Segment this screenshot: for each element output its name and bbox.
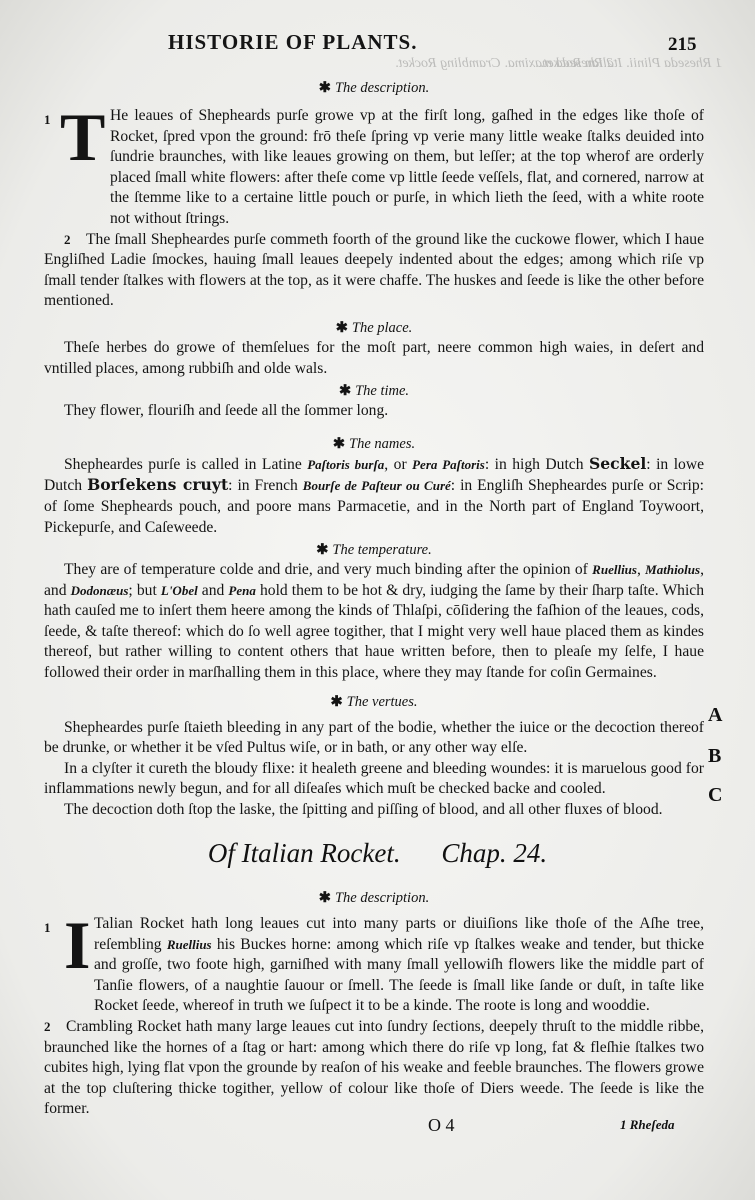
running-title: HISTORIE OF PLANTS. — [168, 30, 417, 55]
chapter-number: Chap. 24. — [441, 838, 547, 868]
asterisk-icon: ✱ — [339, 383, 351, 399]
drop-cap: I — [64, 912, 90, 978]
description-paragraph-1: 1 T He leaues of Shepheards purſe growe … — [44, 106, 704, 230]
vertues-paragraph-c: The decoction doth ſtop the laske, the ſ… — [44, 800, 704, 821]
paragraph-number: 2 — [64, 230, 86, 251]
section-heading-names: ✱The names. — [44, 434, 704, 454]
asterisk-icon: ✱ — [330, 694, 342, 710]
vertues-paragraph-a: Shepheardes purſe ſtaieth bleeding in an… — [44, 718, 704, 759]
chapter-title: Of Italian Rocket. — [208, 838, 401, 868]
signature-mark: O 4 — [428, 1115, 455, 1136]
vertues-paragraph-b: In a clyſter it cureth the bloudy flixe:… — [44, 759, 704, 800]
asterisk-icon: ✱ — [333, 436, 345, 452]
marginal-letter-c: C — [708, 784, 722, 807]
section-heading-time: ✱The time. — [44, 381, 704, 401]
description-paragraph-2: 2Crambling Rocket hath many large leaues… — [44, 1017, 704, 1120]
asterisk-icon: ✱ — [319, 890, 331, 906]
section-shepheards-purse: ✱The description. 1 T He leaues of Sheph… — [44, 76, 704, 821]
catchword: 1 Rheſeda — [620, 1117, 675, 1133]
temperature-paragraph: They are of temperature colde and drie, … — [44, 560, 704, 684]
paragraph-number: 1 — [44, 110, 51, 131]
paragraph-number: 2 — [44, 1017, 66, 1038]
chapter-heading: Of Italian Rocket. Chap. 24. — [0, 838, 755, 869]
place-paragraph: Theſe herbes do growe of themſelues for … — [44, 338, 704, 379]
section-heading-temperature: ✱The temperature. — [44, 540, 704, 560]
asterisk-icon: ✱ — [319, 80, 331, 96]
section-heading-description: ✱The description. — [44, 888, 704, 908]
description-paragraph-2: 2The ſmall Shepheardes purſe commeth foo… — [44, 230, 704, 312]
section-heading-vertues: ✱The vertues. — [44, 692, 704, 712]
description-paragraph-1: 1 I Talian Rocket hath long leaues cut i… — [44, 914, 704, 1017]
asterisk-icon: ✱ — [336, 320, 348, 336]
marginal-letter-b: B — [708, 745, 721, 768]
drop-cap: T — [60, 104, 105, 170]
time-paragraph: They flower, flouriſh and ſeede all the … — [44, 401, 704, 422]
paragraph-number: 1 — [44, 918, 51, 939]
asterisk-icon: ✱ — [316, 542, 328, 558]
bleed-through-caption-right: 1 Rheseda Plinii. Italian Rocket. — [540, 56, 722, 72]
page-header: 2 Rheseda maxima. Crambling Rocket. 1 Rh… — [0, 30, 755, 60]
paragraph-text: He leaues of Shepheards purſe growe vp a… — [110, 106, 704, 230]
page-number: 215 — [668, 34, 697, 56]
names-paragraph: Shepheardes purſe is called in Latine Pa… — [44, 454, 704, 538]
section-italian-rocket: ✱The description. 1 I Talian Rocket hath… — [44, 886, 704, 1120]
marginal-letter-a: A — [708, 704, 722, 727]
section-heading-place: ✱The place. — [44, 318, 704, 338]
section-heading-description: ✱The description. — [44, 78, 704, 98]
book-page: 2 Rheseda maxima. Crambling Rocket. 1 Rh… — [0, 0, 755, 1200]
paragraph-text: Talian Rocket hath long leaues cut into … — [94, 914, 704, 1017]
